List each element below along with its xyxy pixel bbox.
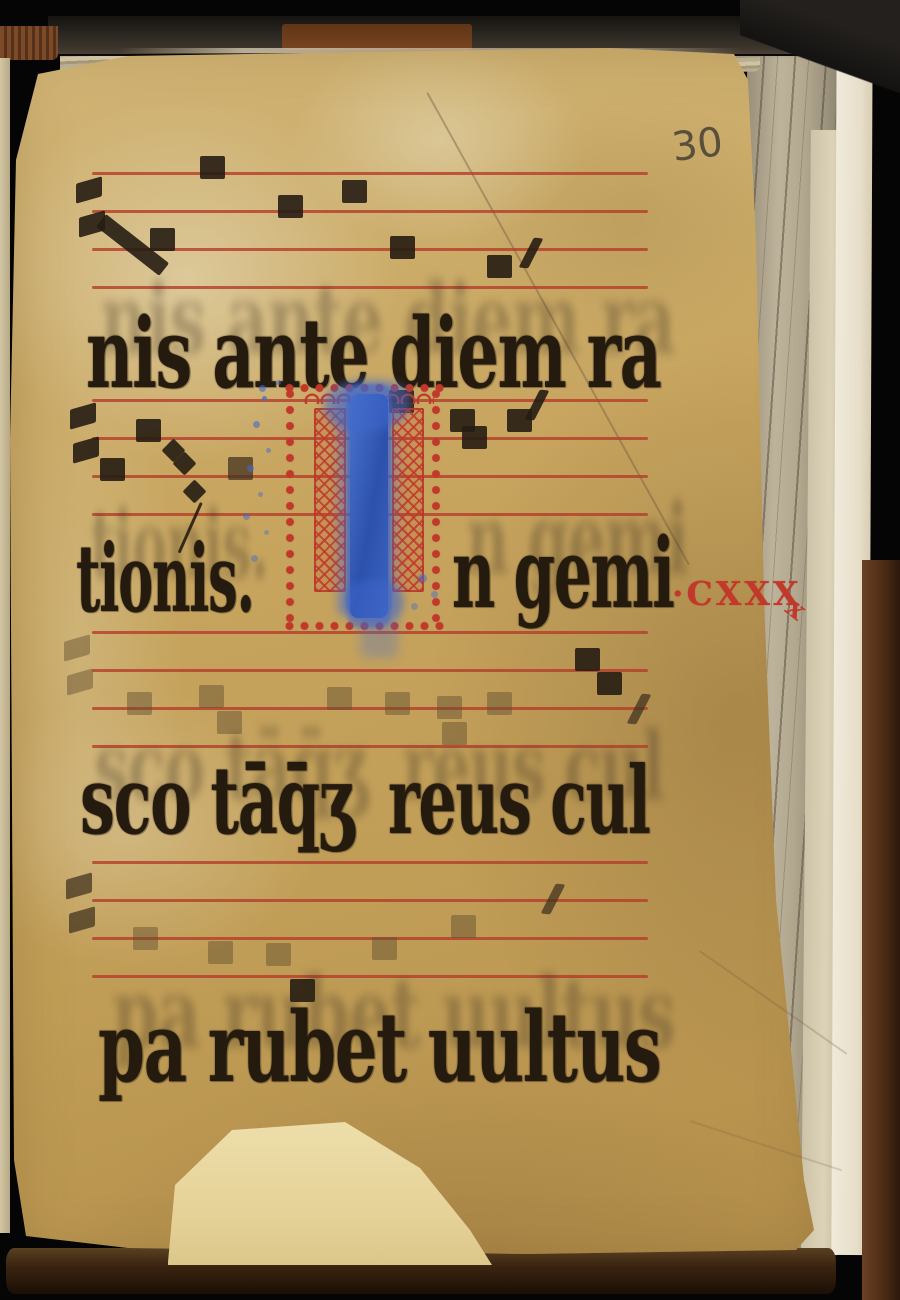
- book-cover-patch: [282, 24, 472, 50]
- neume-square: [199, 685, 224, 708]
- neume-square: [597, 672, 622, 695]
- stave-line: [92, 210, 648, 213]
- neume-square: [133, 927, 158, 950]
- stave-line: [92, 899, 648, 902]
- blue-ink-splatter: [262, 396, 267, 401]
- neume-clef: [64, 638, 94, 702]
- neume-square: [575, 648, 600, 671]
- neume-square: [451, 915, 476, 938]
- stave-line: [92, 669, 648, 672]
- neume-square: [327, 687, 352, 710]
- neume-clef: [66, 876, 96, 940]
- penwork-lattice-panel: [314, 408, 346, 592]
- neume-square: [200, 156, 225, 179]
- neume-clef: [70, 406, 100, 470]
- chant-text-line: n gemi: [452, 526, 674, 622]
- stave-line: [92, 861, 648, 864]
- stave-line: [92, 937, 648, 940]
- book-cover-edge: [862, 560, 900, 1300]
- stave-line: [92, 707, 648, 710]
- neume-square: [342, 180, 367, 203]
- page-number-pencil: 30: [669, 119, 725, 171]
- folio-number-red: ·CXXX: [672, 574, 802, 613]
- neume-square: [390, 236, 415, 259]
- chant-text-line: tionis.: [76, 532, 254, 626]
- neume-square: [136, 419, 161, 442]
- neume-square: [150, 228, 175, 251]
- neume-square: [278, 195, 303, 218]
- penwork-bead-border: [430, 386, 442, 624]
- chant-text-line: sco tāq̄ʒ: [80, 754, 353, 848]
- stave-line: [92, 248, 648, 251]
- cover-corner: [740, 0, 900, 96]
- illuminated-initial-I: [288, 386, 440, 624]
- neume-square: [228, 457, 253, 480]
- neume-square: [100, 458, 125, 481]
- initial-letter-body: [350, 394, 388, 618]
- left-page-edge: [0, 58, 10, 1233]
- bookmark-fringe: [0, 26, 58, 60]
- neume-square: [462, 426, 487, 449]
- penwork-bead-border: [284, 386, 296, 624]
- manuscript-photo: nis ante diem ranis ante diem rationis.t…: [0, 0, 900, 1300]
- stave-line: [92, 172, 648, 175]
- chant-text-line: pa rubet uultus: [98, 1000, 660, 1096]
- penwork-lattice-panel: [392, 408, 424, 592]
- chant-text-line: reus cul: [388, 754, 650, 848]
- neume-clef: [76, 180, 106, 244]
